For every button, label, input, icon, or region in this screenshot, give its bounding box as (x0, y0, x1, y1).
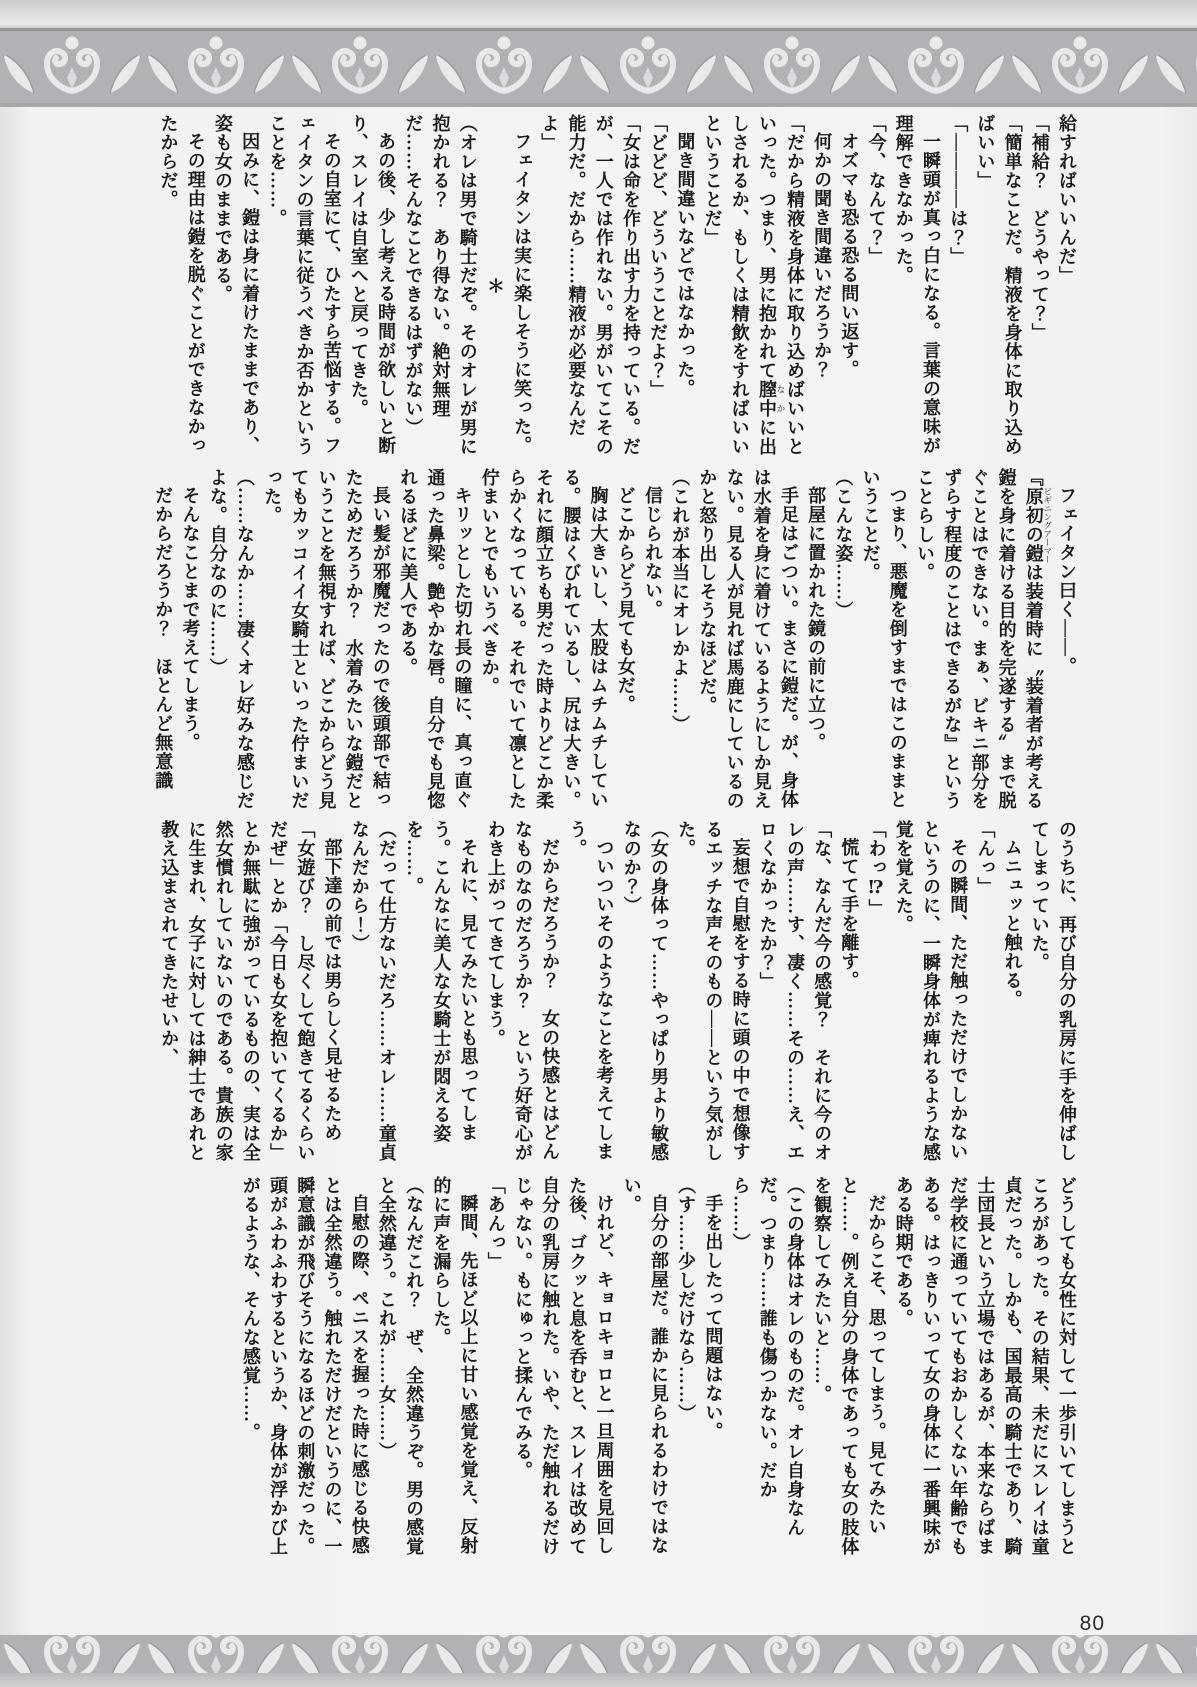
paragraph: フェイタンは実に楽しそうに笑った。 (508, 114, 535, 458)
paragraph: 「わっ⁉」 (862, 820, 889, 1166)
paragraph: ついついそのようなことを考えてしまう。 (563, 820, 617, 1166)
paragraph: そんなことまで考えてしまう。 (176, 468, 203, 812)
paragraph: だからだろうか？ 女の快感とはどんなものなのだろうか？ という好奇心がわき上がっ… (482, 820, 564, 1166)
ruby-annotated-word: 膣中なか (757, 380, 777, 418)
paragraph: 瞬間、先ほど以上に甘い感覚を覚え、反射的に声を漏らした。 (427, 1176, 481, 1558)
paragraph: （なんだこれ？ ぜ、全然違うぞ。男の感覚と全然違う。これが……女……） (373, 1176, 427, 1558)
paragraph: （こんな姿……） (829, 468, 856, 812)
top-ornament-border (0, 0, 1197, 107)
paragraph: つまり、悪魔を倒すまではこのままということだ。 (856, 468, 910, 812)
paragraph: 因みに、鎧は身に着けたままであり、姿も女のままである。 (209, 114, 263, 458)
paragraph: 聞き間違いなどではなかった。 (671, 114, 698, 458)
paragraph: 「女は命を作り出す力を持っている。だが、一人では作れない。男がいてこその能力だ。… (535, 114, 644, 458)
paragraph: けれど、キョロキョロと一旦周囲を見回した後、ゴクッと息を呑むと、スレイは改めて自… (509, 1176, 618, 1558)
paragraph: 手足はごつい。まさに鎧だ。が、身体は水着を身に着けているようにしか見えない。見る… (693, 468, 802, 812)
paragraph: 自慰の際、ペニスを握った時に感じる快感とは全然違う。触れただけだというのに、一瞬… (237, 1176, 373, 1558)
top-border-strip (0, 0, 1197, 29)
text-band-4: どうしても女性に対して一歩引いてしまうところがあった。その結果、未だにスレイは童… (118, 1176, 1080, 1558)
paragraph: その瞬間、ただ触っただけでしかないというのに、一瞬身体が痺れるような感覚を覚えた… (890, 820, 972, 1166)
paragraph: 自分の部屋だ。誰かに見られるわけではない。 (618, 1176, 672, 1558)
paragraph: 部下達の前では男らしく見せるため「女遊び？ し尽くして飽きてるくらいだぜ」とか「… (155, 820, 345, 1166)
paragraph: 「どどど、どういうことだよ？」 (644, 114, 671, 458)
paragraph: 胸は大きいし、太股はムチムチしている。腰はくびれているし、尻は大きい。それに顔立… (476, 468, 612, 812)
paragraph: だからだろうか？ ほとんど無意識 (149, 468, 176, 812)
paragraph: どこからどう見ても女だ。 (612, 468, 639, 812)
paragraph: オズマも恐る恐る問い返す。 (835, 114, 862, 458)
paragraph: 「な、なんだ今の感覚？ それに今のオレの声……す、凄く……その……え、エロくなか… (754, 820, 836, 1166)
paragraph: （す……少しだけなら……） (672, 1176, 699, 1558)
paragraph: 「簡単なことだ。精液を身体に取り込めばいい」 (971, 114, 1025, 458)
bottom-ornament-border (0, 1635, 1197, 1687)
text-band-1: 給すればいいんだ」「補給？ どうやって？」「簡単なことだ。精液を身体に取り込めば… (118, 114, 1080, 458)
paragraph: 何かの聞き間違いだろうか？ (808, 114, 835, 458)
paragraph: 妄想で自慰をする時に頭の中で想像するエッチな声そのもの――という気がした。 (672, 820, 754, 1166)
paragraph: だからこそ、思ってしまう。見てみたいと……。例え自分の身体であっても女の肢体を観… (808, 1176, 890, 1558)
paragraph: 信じられない。 (639, 468, 666, 812)
paragraph: （オレは男で騎士だぞ。そのオレが男に抱かれる？ あり得ない。絶対無理だ……そんな… (399, 114, 481, 458)
paragraph: フェイタン曰く――。 (1053, 468, 1080, 812)
paragraph: （これが本当にオレかよ……） (666, 468, 693, 812)
paragraph: それに、見てみたいとも思ってしまう。こんなに美人な女騎士が悶える姿を……。 (400, 820, 482, 1166)
paragraph: （……なんか……凄くオレ好みな感じだよな。自分なのに……） (204, 468, 258, 812)
paragraph: 手を出したって問題はない。 (699, 1176, 726, 1558)
paragraph: ＊ (481, 114, 508, 458)
paragraph: その理由は鎧を脱ぐことができなかったからだ。 (154, 114, 208, 458)
paragraph: 「あんっ」 (482, 1176, 509, 1558)
paragraph: （女の身体って……やっぱり男より敏感なのか？） (618, 820, 672, 1166)
paragraph: 『原初の鎧ビギニングアーマーは装着時に〝装着者が考える鎧を身に着ける目的を完遂す… (911, 468, 1053, 812)
paragraph: （この身体はオレのものだ。オレ自身なんだ。つまり……誰も傷つかない。だから……） (726, 1176, 808, 1558)
paragraph: どうしても女性に対して一歩引いてしまうところがあった。その結果、未だにスレイは童… (890, 1176, 1080, 1558)
bottom-border-strip (0, 1673, 1197, 1687)
text-band-2: フェイタン曰く――。『原初の鎧ビギニングアーマーは装着時に〝装着者が考える鎧を身… (118, 468, 1080, 812)
paragraph: ムニュッと触れる。 (998, 820, 1025, 1166)
paragraph: 一瞬頭が真っ白になる。言葉の意味が理解できなかった。 (890, 114, 944, 458)
ruby-annotated-word: 原初の鎧ビギニングアーマー (1024, 487, 1044, 563)
paragraph: 長い髪が邪魔だったので後頭部で結ったためだろうか？ 水着みたいな鎧だということを… (258, 468, 394, 812)
paragraph: 「補給？ どうやって？」 (1026, 114, 1053, 458)
paragraph: （だって仕方ないだろ……オレ……童貞なんだから！） (346, 820, 400, 1166)
top-ornament-pattern (0, 29, 1197, 107)
paragraph: 慌てて手を離す。 (835, 820, 862, 1166)
bottom-ornament-pattern (0, 1635, 1197, 1673)
paragraph: 「――――は？」 (944, 114, 971, 458)
paragraph: キリッとした切れ長の瞳に、真っ直ぐ通った鼻梁。艶やかな唇。自分でも見惚れるほどに… (394, 468, 476, 812)
book-page: 給すればいいんだ」「補給？ どうやって？」「簡単なことだ。精液を身体に取り込めば… (0, 0, 1197, 1687)
text-band-3: のうちに、再び自分の乳房に手を伸ばしてしまっていた。ムニュッと触れる。「んっ」そ… (118, 820, 1080, 1166)
page-number: 80 (1080, 1612, 1105, 1636)
paragraph: 部屋に置かれた鏡の前に立つ。 (802, 468, 829, 812)
paragraph: あの後、少し考える時間が欲しいと断り、スレイは自室へと戻ってきた。 (345, 114, 399, 458)
paragraph: 「今、なんて？」 (862, 114, 889, 458)
paragraph: その自室にて、ひたすら苦悩する。フェイタンの言葉に従うべきか否かということを……… (263, 114, 345, 458)
paragraph: 給すればいいんだ」 (1053, 114, 1080, 458)
paragraph: 「だから精液を身体に取り込めばいいといった。つまり、男に抱かれて膣中なかに出しさ… (698, 114, 808, 458)
paragraph: 「んっ」 (971, 820, 998, 1166)
paragraph: のうちに、再び自分の乳房に手を伸ばしてしまっていた。 (1026, 820, 1080, 1166)
